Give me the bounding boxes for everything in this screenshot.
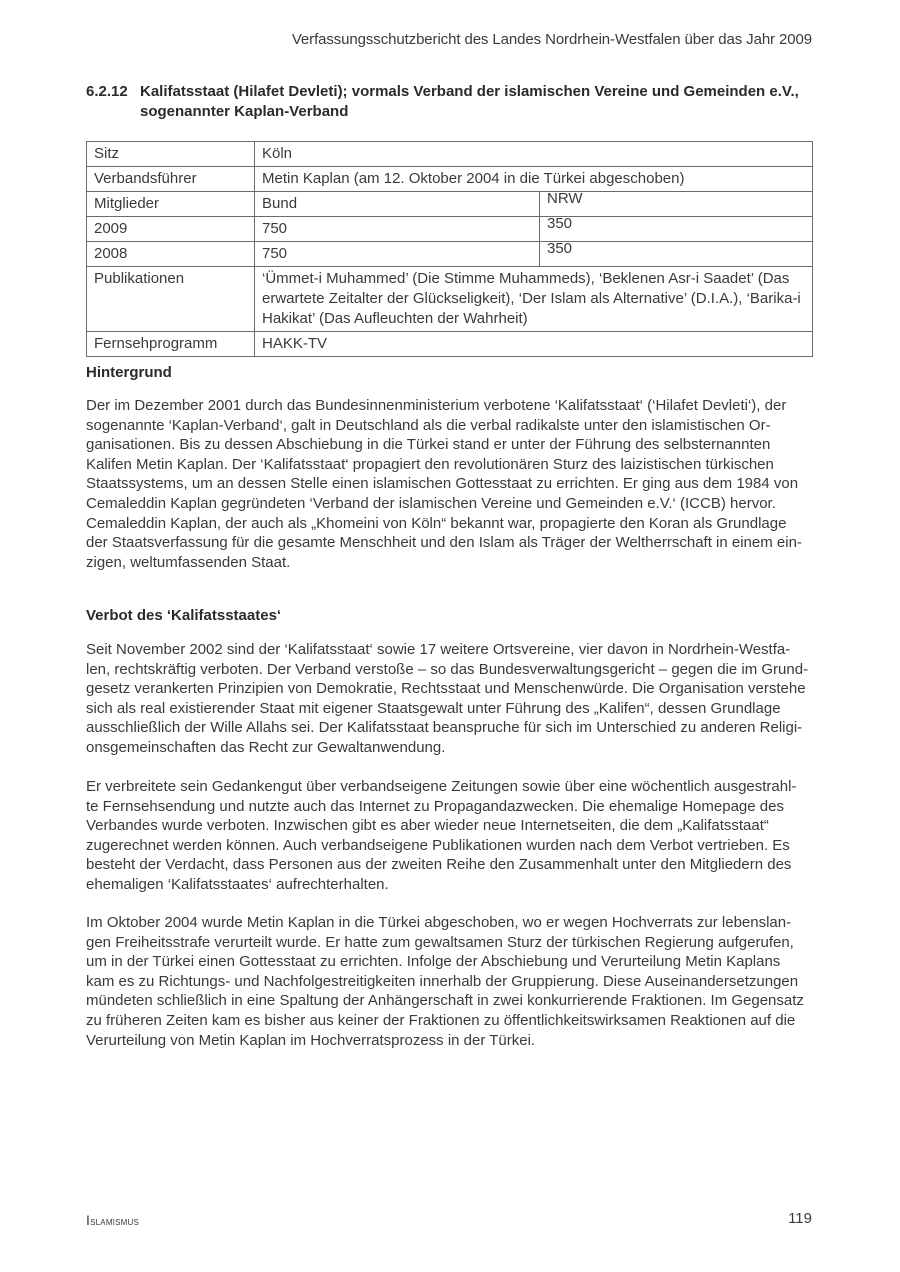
- table-row: Mitglieder Bund NRW: [87, 192, 813, 217]
- column-nrw: NRW: [540, 192, 813, 217]
- text-line: kam es zu Richtungs- und Nachfolgestreit…: [86, 972, 816, 992]
- section-heading: 6.2.12 Kalifatsstaat (Hilafet Devleti); …: [86, 82, 816, 122]
- row-label: Mitglieder: [87, 192, 255, 217]
- row-label: Sitz: [87, 142, 255, 167]
- text-line: ausschließlich der Wille Allahs sei. Der…: [86, 718, 816, 738]
- row-value: Köln: [255, 142, 813, 167]
- text-line: gesetz verankerten Prinzipien von Demokr…: [86, 679, 816, 699]
- text-line: um in der Türkei einen Gottesstaat zu er…: [86, 952, 816, 972]
- text-line: Verurteilung von Metin Kaplan im Hochver…: [86, 1031, 816, 1051]
- paragraph-verbot-1: Seit November 2002 sind der ‘Kalifatssta…: [86, 640, 816, 758]
- paragraph-verbot-3: Im Oktober 2004 wurde Metin Kaplan in di…: [86, 913, 816, 1050]
- table-row: 2009 750 350: [87, 217, 813, 242]
- running-header: Verfassungsschutzbericht des Landes Nord…: [292, 31, 812, 48]
- row-label: 2008: [87, 242, 255, 267]
- text-line: zugerechnet werden können. Auch verbands…: [86, 836, 816, 856]
- paragraph-hintergrund: Der im Dezember 2001 durch das Bundesinn…: [86, 396, 816, 572]
- text-line: der Staatsverfassung für die gesamte Men…: [86, 533, 816, 553]
- text-line: sich als real existierender Staat mit ei…: [86, 699, 816, 719]
- text-line: ganisationen. Bis zu dessen Abschiebung …: [86, 435, 816, 455]
- table-row: 2008 750 350: [87, 242, 813, 267]
- table-row: Verbandsführer Metin Kaplan (am 12. Okto…: [87, 167, 813, 192]
- text-line: Verbandes wurde verboten. Inzwischen gib…: [86, 816, 816, 836]
- text-line: besteht der Verdacht, dass Personen aus …: [86, 855, 816, 875]
- page-number: 119: [788, 1210, 812, 1227]
- text-line: zu früheren Zeiten kam es bisher aus kei…: [86, 1011, 816, 1031]
- column-bund: Bund: [255, 192, 540, 217]
- value-bund: 750: [255, 242, 540, 267]
- text-line: mündeten schließlich in eine Spaltung de…: [86, 991, 816, 1011]
- text-line: Er verbreitete sein Gedankengut über ver…: [86, 777, 816, 797]
- text-line: Cemaleddin Kaplan, der auch als „Khomein…: [86, 514, 816, 534]
- text-line: zigen, weltumfassenden Staat.: [86, 553, 816, 573]
- text-line: Im Oktober 2004 wurde Metin Kaplan in di…: [86, 913, 816, 933]
- text-line: Kalifen Metin Kaplan. Der ‘Kalifatsstaat…: [86, 455, 816, 475]
- value-nrw: 350: [540, 217, 813, 242]
- value-nrw: 350: [540, 242, 813, 267]
- text-line: gen Freiheitsstrafe verurteilt wurde. Er…: [86, 933, 816, 953]
- table-row: Publikationen ‘Ümmet-i Muhammed’ (Die St…: [87, 267, 813, 332]
- footer-chapter: Islamismus: [86, 1212, 139, 1228]
- text-line: len, rechtskräftig verboten. Der Verband…: [86, 660, 816, 680]
- subheading-verbot: Verbot des ‘Kalifatsstaates‘: [86, 607, 281, 624]
- text-line: te Fernsehsendung und nutzte auch das In…: [86, 797, 816, 817]
- text-line: Cemaleddin Kaplan gegründeten ‘Verband d…: [86, 494, 816, 514]
- text-line: Staatssystems, um an dessen Stelle einen…: [86, 474, 816, 494]
- row-label: Verbandsführer: [87, 167, 255, 192]
- row-label: Publikationen: [87, 267, 255, 332]
- table-row: Fernsehprogramm HAKK-TV: [87, 332, 813, 357]
- text-line: ehemaligen ‘Kalifatsstaates‘ aufrechterh…: [86, 875, 816, 895]
- section-number: 6.2.12: [86, 82, 140, 122]
- table-row: Sitz Köln: [87, 142, 813, 167]
- text-line: Der im Dezember 2001 durch das Bundesinn…: [86, 396, 816, 416]
- row-value: ‘Ümmet-i Muhammed’ (Die Stimme Muhammeds…: [255, 267, 813, 332]
- paragraph-verbot-2: Er verbreitete sein Gedankengut über ver…: [86, 777, 816, 895]
- value-bund: 750: [255, 217, 540, 242]
- row-value: Metin Kaplan (am 12. Oktober 2004 in die…: [255, 167, 813, 192]
- facts-table: Sitz Köln Verbandsführer Metin Kaplan (a…: [86, 141, 813, 357]
- section-title: Kalifatsstaat (Hilafet Devleti); vormals…: [140, 82, 816, 122]
- row-value: HAKK-TV: [255, 332, 813, 357]
- text-line: onsgemeinschaften das Recht zur Gewaltan…: [86, 738, 816, 758]
- subheading-hintergrund: Hintergrund: [86, 364, 172, 381]
- text-line: sogenannte ‘Kaplan-Verband‘, galt in Deu…: [86, 416, 816, 436]
- text-line: Seit November 2002 sind der ‘Kalifatssta…: [86, 640, 816, 660]
- row-label: 2009: [87, 217, 255, 242]
- row-label: Fernsehprogramm: [87, 332, 255, 357]
